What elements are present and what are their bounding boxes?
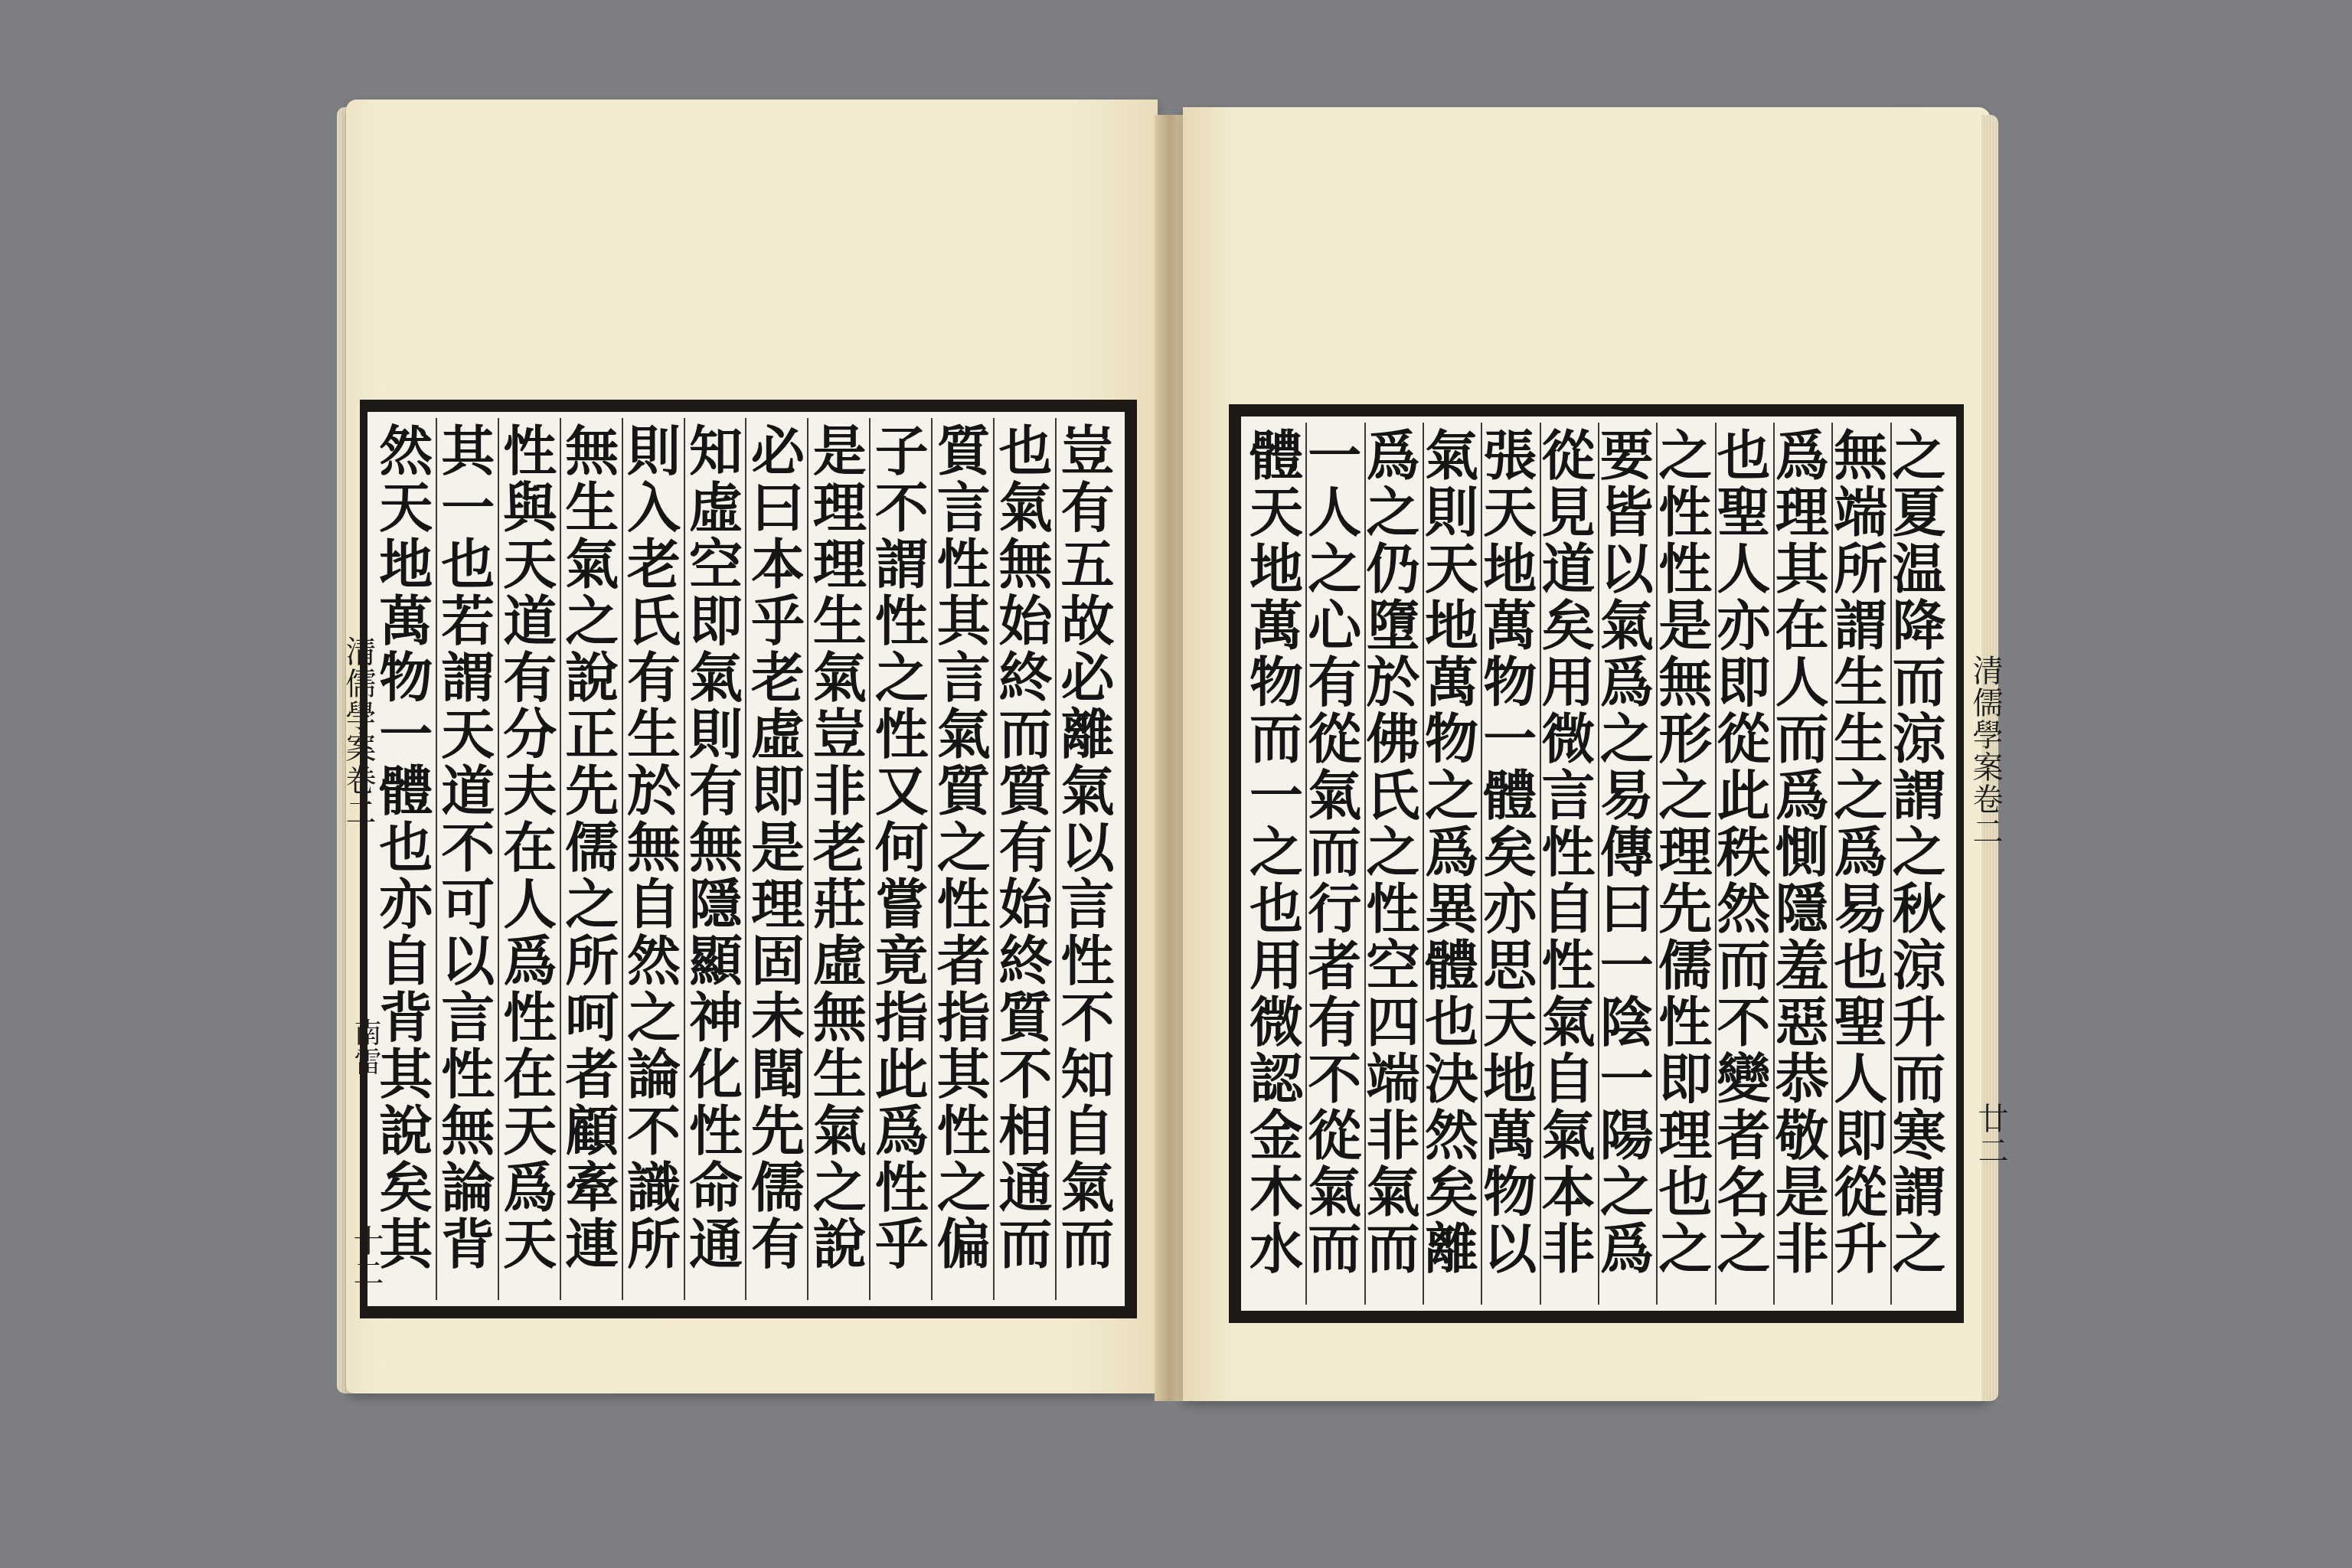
text-column: 知虛空即氣則有無隱顯神化性命通一無二若謂虛能生氣 [684, 418, 746, 1300]
text-column: 之性性是無形之理先儒性即理也之言眞千聖之血脈也而 [1656, 423, 1714, 1305]
text-column: 也聖人亦即從此秩然而不變者名之爲性故理是有形見之於事 [1715, 423, 1773, 1305]
left-page-number: 十二 [345, 1225, 388, 1289]
text-column: 從見道矣用微言性自性氣自氣本非性不足言也用微既主 [1540, 423, 1598, 1305]
text-column: 性與天道有分夫在人爲性在天爲天道故曰天命之謂性言 [498, 418, 560, 1300]
text-column: 爲理其在人而爲惻隱羞惡恭敬是非之心同此一氣之流行 [1773, 423, 1831, 1305]
text-column: 無端所謂生生之爲易也聖人即從升降之不失其序者名之 [1831, 423, 1890, 1305]
left-margin-section: 南雷 [346, 1018, 385, 1076]
right-text-columns: 之夏温降而涼謂之秋涼升而寒謂之冬寒降而復爲和循環 無端所謂生生之爲易也聖人即從升… [1249, 423, 1949, 1305]
right-text-frame: 之夏温降而涼謂之秋涼升而寒謂之冬寒降而復爲和循環 無端所謂生生之爲易也聖人即從升… [1229, 404, 1964, 1323]
text-column: 豈有五故必離氣以言性不知自氣而至五行則質也而非氣 [1055, 418, 1117, 1300]
text-column: 其一也若謂天道不可以言性無論背於中庸則又何以曰渾 [436, 418, 498, 1300]
text-column: 必曰本乎老虛即是理固未聞先儒有此言也獨不觀張子曰 [745, 418, 807, 1300]
right-margin-book-title: 清儒學案卷二 [1964, 655, 2007, 848]
text-column: 要皆以氣爲之易傳曰一陰一陽之爲道蓋舍陰陽之氣亦無 [1598, 423, 1656, 1305]
left-text-frame: 豈有五故必離氣以言性不知自氣而至五行則質也而非氣 也氣無始終而質有始終質不相通而… [360, 400, 1137, 1318]
text-column: 子不謂性之性又何嘗竟指此爲性乎用微又言先儒云虛即 [869, 418, 931, 1300]
text-column: 然天地萬物一體也亦自背其說矣其二滅心先儒以靈明知 [375, 418, 436, 1300]
text-column: 張天地萬物一體矣亦思天地萬物以何者爲一體乎苟非是 [1481, 423, 1539, 1305]
text-column: 是理理生氣豈非老莊虛無生氣之說乎故凡先儒之言氣者 [807, 418, 869, 1300]
text-column: 也氣無始終而質有始終質不相通而氣無不通先儒何嘗以 [993, 418, 1055, 1300]
text-column: 之夏温降而涼謂之秋涼升而寒謂之冬寒降而復爲和循環 [1890, 423, 1949, 1305]
text-column: 無生氣之說正先儒之所呵者顧牽連而矯誣之乎用微又言 [560, 418, 622, 1300]
left-margin-book-title: 清儒學案卷二 [337, 635, 381, 828]
text-column: 爲之仍墮於佛氏之性空四端非氣而指剛柔善惡始可言氣 [1364, 423, 1423, 1305]
text-column: 一人之心有從氣而行者有不從氣而行者且歧爲兩又何能 [1305, 423, 1364, 1305]
text-column: 體天地萬物而一之也用微認金木水火土五行爲氣以爲性 [1249, 423, 1305, 1305]
text-column: 則入老氏有生於無自然之論不識所謂有無混一之常則虛 [622, 418, 684, 1300]
right-page-number: 廿二 [1969, 1102, 2013, 1167]
left-text-columns: 豈有五故必離氣以言性不知自氣而至五行則質也而非氣 也氣無始終而質有始終質不相通而… [375, 418, 1117, 1300]
book-gutter [1155, 115, 1185, 1401]
text-column: 質言性其言氣質之性者指其性之偏者耳此孟子有命焉君 [931, 418, 993, 1300]
text-column: 氣則天地萬物之爲異體也決然矣離氣言性則四端者何物 [1423, 423, 1481, 1305]
